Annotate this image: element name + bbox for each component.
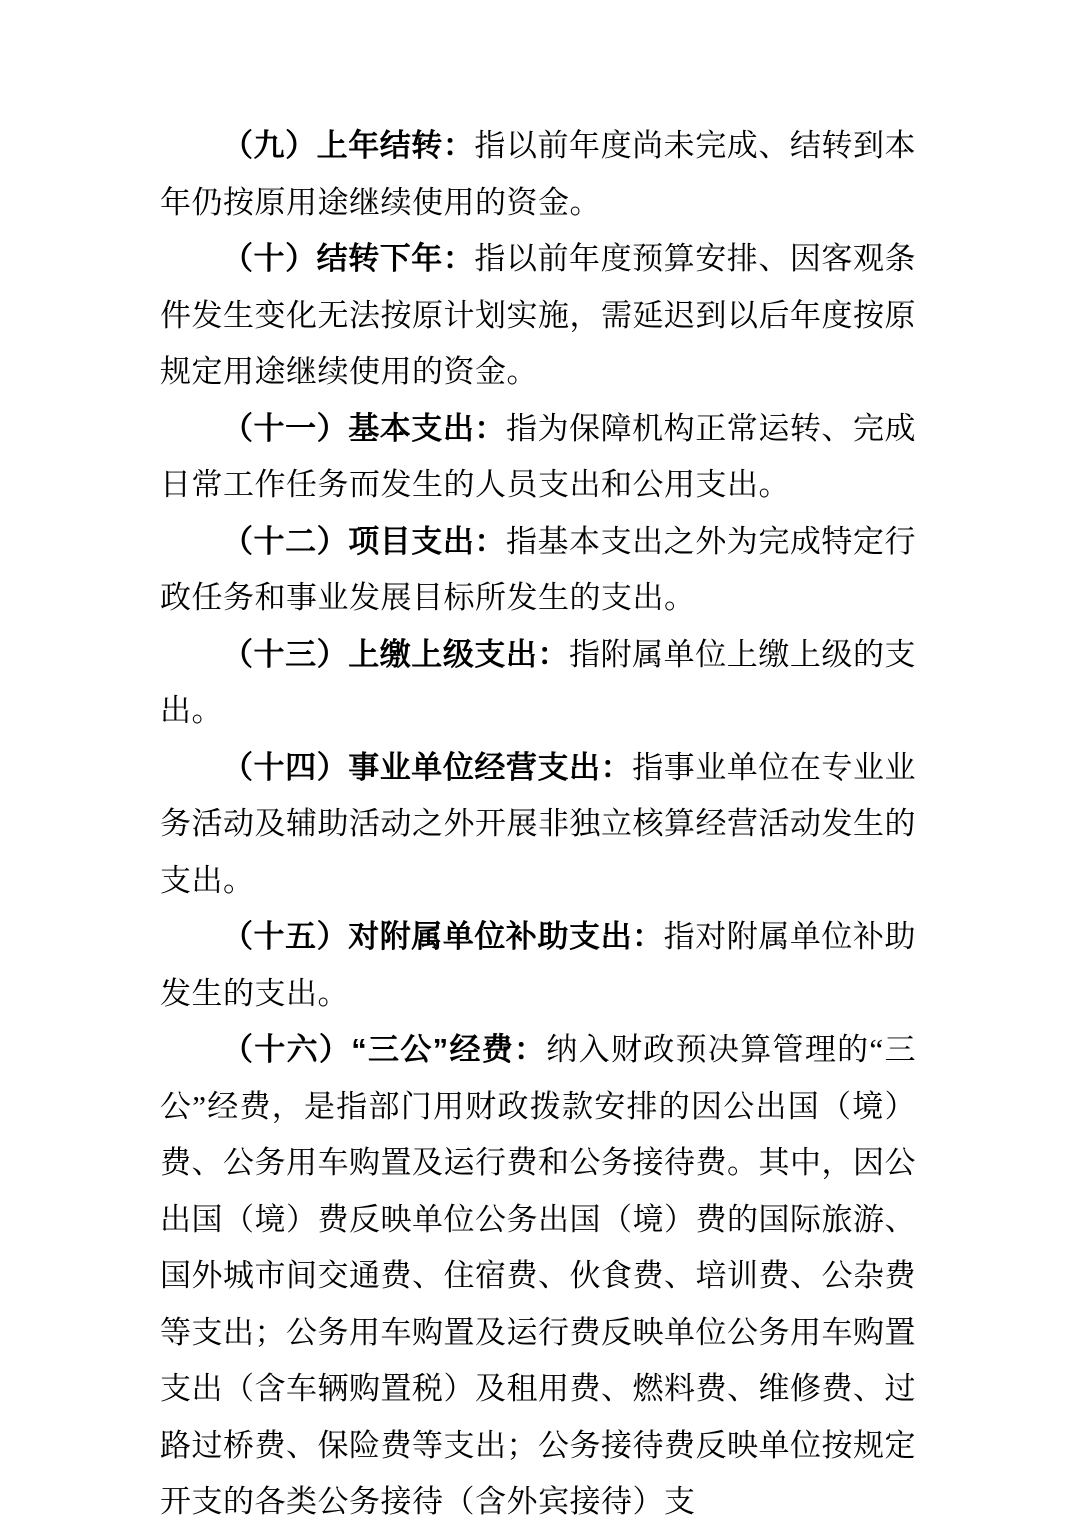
term-label: （十一）基本支出： bbox=[222, 411, 506, 446]
paragraph-term-10: （十）结转下年：指以前年度预算安排、因客观条件发生变化无法按原计划实施，需延迟到… bbox=[160, 231, 916, 401]
term-definition: 纳入财政预决算管理的“三公”经费，是指部门用财政拨款安排的因公出国（境）费、公务… bbox=[160, 1032, 916, 1519]
paragraph-term-16: （十六）“三公”经费：纳入财政预决算管理的“三公”经费，是指部门用财政拨款安排的… bbox=[160, 1022, 916, 1527]
term-label: （十六）“三公”经费： bbox=[222, 1032, 546, 1067]
term-label: （十四）事业单位经营支出： bbox=[222, 750, 632, 785]
term-label: （十）结转下年： bbox=[222, 241, 474, 276]
paragraph-term-15: （十五）对附属单位补助支出：指对附属单位补助发生的支出。 bbox=[160, 909, 916, 1022]
term-label: （十二）项目支出： bbox=[222, 524, 506, 559]
paragraph-term-12: （十二）项目支出：指基本支出之外为完成特定行政任务和事业发展目标所发生的支出。 bbox=[160, 514, 916, 627]
term-label: （十三）上缴上级支出： bbox=[222, 637, 569, 672]
document-page: （九）上年结转：指以前年度尚未完成、结转到本年仍按原用途继续使用的资金。 （十）… bbox=[0, 0, 1080, 1527]
paragraph-term-13: （十三）上缴上级支出：指附属单位上缴上级的支出。 bbox=[160, 627, 916, 740]
document-text-block: （九）上年结转：指以前年度尚未完成、结转到本年仍按原用途继续使用的资金。 （十）… bbox=[160, 118, 916, 1527]
term-label: （十五）对附属单位补助支出： bbox=[222, 919, 664, 954]
paragraph-term-11: （十一）基本支出：指为保障机构正常运转、完成日常工作任务而发生的人员支出和公用支… bbox=[160, 401, 916, 514]
term-label: （九）上年结转： bbox=[222, 128, 474, 163]
paragraph-term-9: （九）上年结转：指以前年度尚未完成、结转到本年仍按原用途继续使用的资金。 bbox=[160, 118, 916, 231]
paragraph-term-14: （十四）事业单位经营支出：指事业单位在专业业务活动及辅助活动之外开展非独立核算经… bbox=[160, 740, 916, 910]
